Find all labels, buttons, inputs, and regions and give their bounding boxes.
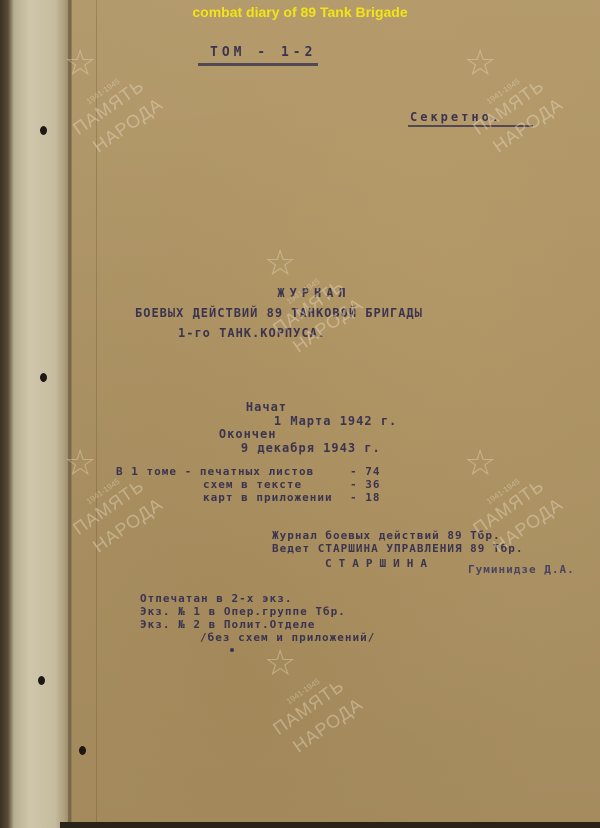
stat-pages-label: В 1 томе - печатных листов bbox=[116, 465, 314, 478]
distribution-note: /без схем и приложений/ bbox=[200, 631, 375, 644]
stat-pages-value: - 74 bbox=[350, 465, 381, 478]
journal-subtitle: БОЕВЫХ ДЕЙСТВИЙ 89 ТАНКОВОЙ БРИГАДЫ bbox=[135, 306, 423, 320]
star-icon: ☆ bbox=[464, 445, 496, 481]
distribution-copy-2: Экз. № 2 в Полит.Отделе bbox=[140, 618, 315, 631]
fold-line bbox=[96, 0, 97, 828]
watermark-years: 1941-1945 bbox=[85, 77, 122, 106]
binding-hole bbox=[40, 126, 47, 135]
signature: Гуминидзе Д.А. bbox=[468, 563, 575, 576]
watermark-years: 1941-1945 bbox=[485, 477, 522, 506]
caption-title: combat diary of 89 Tank Brigade bbox=[0, 4, 600, 20]
note-journal: Журнал боевых действий 89 Тбр. bbox=[272, 529, 501, 542]
stat-maps-value: - 18 bbox=[350, 491, 381, 504]
page-bottom-edge bbox=[60, 822, 600, 828]
watermark: ☆ 1941-1945 ПАМЯТЬ НАРОДА bbox=[260, 645, 380, 755]
note-rank: СТАРШИНА bbox=[325, 557, 434, 570]
end-date-row: Окончен 9 декабря 1943 г. bbox=[186, 413, 381, 469]
distribution-copies: Отпечатан в 2-х экз. bbox=[140, 592, 292, 605]
watermark-line1: ПАМЯТЬ bbox=[269, 675, 348, 739]
star-icon: ☆ bbox=[264, 645, 296, 681]
watermark-years: 1941-1945 bbox=[485, 77, 522, 106]
watermark-line1: ПАМЯТЬ bbox=[69, 475, 148, 539]
watermark: ☆ 1941-1945 ПАМЯТЬ НАРОДА bbox=[460, 45, 580, 155]
watermark-line1: ПАМЯТЬ bbox=[469, 75, 548, 139]
watermark-years: 1941-1945 bbox=[285, 677, 322, 706]
watermark-line2: НАРОДА bbox=[289, 694, 367, 757]
watermark-line1: ПАМЯТЬ bbox=[69, 75, 148, 139]
watermark-line2: НАРОДА bbox=[89, 494, 167, 557]
book-binding bbox=[0, 0, 72, 828]
stat-maps-label: карт в приложении bbox=[203, 491, 333, 504]
watermark-line2: НАРОДА bbox=[89, 94, 167, 157]
classification-underline bbox=[408, 125, 533, 127]
binding-edge bbox=[68, 0, 71, 828]
watermark: ☆ 1941-1945 ПАМЯТЬ НАРОДА bbox=[60, 445, 180, 555]
binding-hole bbox=[79, 746, 86, 755]
star-icon: ☆ bbox=[264, 245, 296, 281]
journal-corps: 1-го ТАНК.КОРПУСА. bbox=[178, 326, 326, 340]
document-scan: combat diary of 89 Tank Brigade ТОМ - 1-… bbox=[0, 0, 600, 828]
end-date-value: 9 декабря 1943 г. bbox=[241, 441, 381, 455]
star-icon: ☆ bbox=[464, 45, 496, 81]
stat-schemes-label: схем в тексте bbox=[203, 478, 302, 491]
journal-title: ЖУРНАЛ bbox=[0, 286, 600, 300]
binding-hole bbox=[40, 373, 47, 382]
end-date-label: Окончен bbox=[219, 427, 277, 441]
volume-underline bbox=[198, 63, 318, 66]
start-date-label: Начат bbox=[246, 400, 287, 414]
note-keeper: Ведет СТАРШИНА УПРАВЛЕНИЯ 89 Тбр. bbox=[272, 542, 524, 555]
volume-label: ТОМ - 1-2 bbox=[210, 45, 316, 60]
stat-schemes-value: - 36 bbox=[350, 478, 381, 491]
classification-stamp: Секретно. bbox=[410, 110, 502, 124]
distribution-copy-1: Экз. № 1 в Опер.группе Тбр. bbox=[140, 605, 346, 618]
watermark: ☆ 1941-1945 ПАМЯТЬ НАРОДА bbox=[60, 45, 180, 155]
binding-hole bbox=[38, 676, 45, 685]
ink-dot bbox=[230, 648, 234, 652]
watermark-years: 1941-1945 bbox=[85, 477, 122, 506]
